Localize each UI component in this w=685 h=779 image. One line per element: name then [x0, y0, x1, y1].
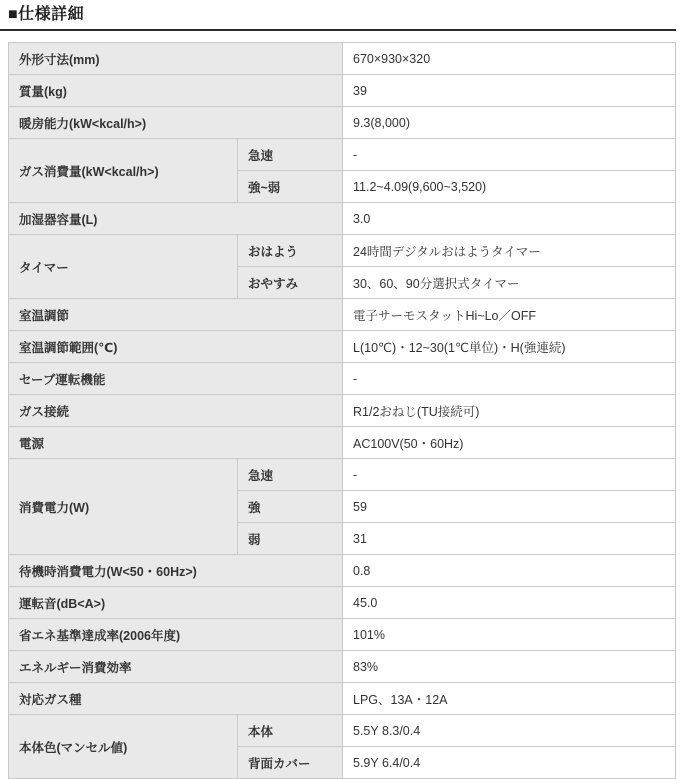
- table-row: ガス接続R1/2おねじ(TU接続可): [9, 395, 676, 427]
- spec-label-cell: エネルギー消費効率: [9, 651, 343, 683]
- spec-value-cell: 59: [343, 491, 676, 523]
- table-row: 本体色(マンセル値)本体5.5Y 8.3/0.4: [9, 715, 676, 747]
- table-row: タイマーおはよう24時間デジタルおはようタイマー: [9, 235, 676, 267]
- spec-label-cell: 対応ガス種: [9, 683, 343, 715]
- table-row: 消費電力(W)急速-: [9, 459, 676, 491]
- table-row: 省エネ基準達成率(2006年度)101%: [9, 619, 676, 651]
- spec-label-cell: ガス接続: [9, 395, 343, 427]
- spec-value-cell: 39: [343, 75, 676, 107]
- spec-label-cell: セーブ運転機能: [9, 363, 343, 395]
- spec-value-cell: R1/2おねじ(TU接続可): [343, 395, 676, 427]
- table-row: 電源AC100V(50・60Hz): [9, 427, 676, 459]
- spec-sub-label-cell: 本体: [238, 715, 343, 747]
- spec-value-cell: AC100V(50・60Hz): [343, 427, 676, 459]
- table-row: 対応ガス種LPG、13A・12A: [9, 683, 676, 715]
- spec-label-cell: 本体色(マンセル値): [9, 715, 238, 779]
- spec-value-cell: -: [343, 363, 676, 395]
- spec-page: ■仕様詳細 外形寸法(mm)670×930×320質量(kg)39暖房能力(kW…: [0, 0, 685, 774]
- spec-table: 外形寸法(mm)670×930×320質量(kg)39暖房能力(kW<kcal/…: [8, 42, 676, 779]
- spec-value-cell: 670×930×320: [343, 43, 676, 75]
- spec-value-cell: 24時間デジタルおはようタイマー: [343, 235, 676, 267]
- spec-value-cell: 83%: [343, 651, 676, 683]
- table-row: 暖房能力(kW<kcal/h>)9.3(8,000): [9, 107, 676, 139]
- table-row: 待機時消費電力(W<50・60Hz>)0.8: [9, 555, 676, 587]
- spec-label-cell: 運転音(dB<A>): [9, 587, 343, 619]
- spec-label-cell: 室温調節: [9, 299, 343, 331]
- spec-label-cell: 質量(kg): [9, 75, 343, 107]
- spec-label-cell: 省エネ基準達成率(2006年度): [9, 619, 343, 651]
- section-header: ■仕様詳細: [0, 0, 676, 31]
- spec-value-cell: 9.3(8,000): [343, 107, 676, 139]
- spec-label-cell: 電源: [9, 427, 343, 459]
- spec-value-cell: 電子サーモスタットHi~Lo／OFF: [343, 299, 676, 331]
- spec-value-cell: 30、60、90分選択式タイマー: [343, 267, 676, 299]
- spec-sub-label-cell: 急速: [238, 139, 343, 171]
- spec-label-cell: 外形寸法(mm): [9, 43, 343, 75]
- spec-label-cell: 加湿器容量(L): [9, 203, 343, 235]
- spec-value-cell: 101%: [343, 619, 676, 651]
- spec-value-cell: 5.5Y 8.3/0.4: [343, 715, 676, 747]
- table-row: 外形寸法(mm)670×930×320: [9, 43, 676, 75]
- spec-sub-label-cell: 強: [238, 491, 343, 523]
- spec-value-cell: L(10℃)・12~30(1℃単位)・H(強連続): [343, 331, 676, 363]
- section-title: ■仕様詳細: [8, 6, 84, 23]
- spec-label-cell: 待機時消費電力(W<50・60Hz>): [9, 555, 343, 587]
- table-row: セーブ運転機能-: [9, 363, 676, 395]
- spec-label-cell: タイマー: [9, 235, 238, 299]
- spec-label-cell: 室温調節範囲(℃): [9, 331, 343, 363]
- table-row: 加湿器容量(L)3.0: [9, 203, 676, 235]
- spec-value-cell: 31: [343, 523, 676, 555]
- spec-value-cell: 0.8: [343, 555, 676, 587]
- spec-value-cell: -: [343, 139, 676, 171]
- table-row: 運転音(dB<A>)45.0: [9, 587, 676, 619]
- spec-sub-label-cell: 弱: [238, 523, 343, 555]
- spec-value-cell: LPG、13A・12A: [343, 683, 676, 715]
- spec-value-cell: -: [343, 459, 676, 491]
- table-row: 室温調節電子サーモスタットHi~Lo／OFF: [9, 299, 676, 331]
- spec-sub-label-cell: 急速: [238, 459, 343, 491]
- spec-label-cell: 消費電力(W): [9, 459, 238, 555]
- spec-label-cell: 暖房能力(kW<kcal/h>): [9, 107, 343, 139]
- spec-value-cell: 11.2~4.09(9,600~3,520): [343, 171, 676, 203]
- spec-value-cell: 3.0: [343, 203, 676, 235]
- spec-label-cell: ガス消費量(kW<kcal/h>): [9, 139, 238, 203]
- spec-sub-label-cell: おやすみ: [238, 267, 343, 299]
- table-row: 室温調節範囲(℃)L(10℃)・12~30(1℃単位)・H(強連続): [9, 331, 676, 363]
- spec-sub-label-cell: おはよう: [238, 235, 343, 267]
- table-row: ガス消費量(kW<kcal/h>)急速-: [9, 139, 676, 171]
- table-row: 質量(kg)39: [9, 75, 676, 107]
- spec-sub-label-cell: 強~弱: [238, 171, 343, 203]
- spec-value-cell: 45.0: [343, 587, 676, 619]
- table-row: エネルギー消費効率83%: [9, 651, 676, 683]
